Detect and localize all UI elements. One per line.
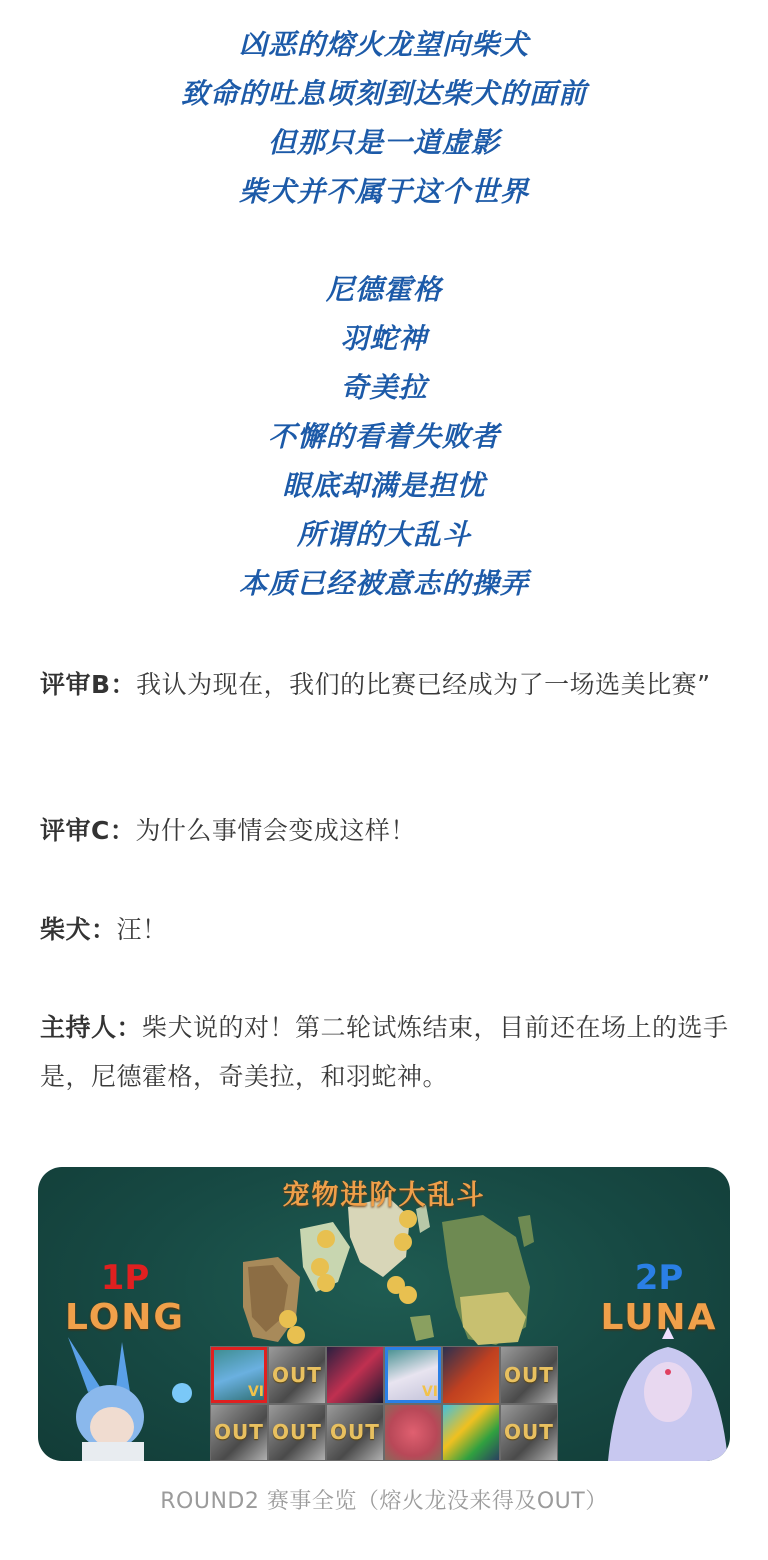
poem-line: 柴犬并不属于这个世界 — [0, 167, 768, 216]
dialog-text: 汪！ — [117, 915, 168, 944]
roster-cell-active — [443, 1405, 499, 1461]
image-caption: ROUND2 赛事全览（熔火龙没来得及OUT） — [0, 1484, 768, 1515]
dialog-judge-c: 评审C：为什么事情会变成这样！ — [40, 806, 730, 855]
dialog-text: 柴犬说的对！第二轮试炼结束，目前还在场上的选手是，尼德霍格，奇美拉，和羽蛇神。 — [40, 1013, 729, 1091]
dialog-text: 我认为现在，我们的比赛已经成为了一场选美比赛” — [136, 670, 710, 699]
player-1-name: LONG — [60, 1297, 190, 1339]
roster-cell-out: OUT — [501, 1347, 557, 1403]
roster-cell-selected-1p: 1P VI — [211, 1347, 267, 1403]
speaker-label: 主持人： — [40, 1013, 142, 1042]
character-long-illustration — [38, 1337, 208, 1461]
poem-line: 致命的吐息顷刻到达柴犬的面前 — [0, 69, 768, 118]
poem-stanza-1: 凶恶的熔火龙望向柴犬 致命的吐息顷刻到达柴犬的面前 但那只是一道虚影 柴犬并不属… — [0, 20, 768, 216]
poem-stanza-2: 尼德霍格 羽蛇神 奇美拉 不懈的看着失败者 眼底却满是担忧 所谓的大乱斗 本质已… — [0, 265, 768, 608]
round2-overview-image: 宠物进阶大乱斗 1P LONG 2P LUNA 1P VI OUT 2P VI … — [38, 1167, 730, 1461]
roster-cell-active — [385, 1405, 441, 1461]
speaker-label: 柴犬： — [40, 915, 117, 944]
rank-badge: VI — [248, 1384, 264, 1400]
roster-cell-out: OUT — [211, 1405, 267, 1461]
roster-cell-out: OUT — [269, 1405, 325, 1461]
figure-title: 宠物进阶大乱斗 — [38, 1173, 730, 1212]
dialog-judge-b: 评审B：我认为现在，我们的比赛已经成为了一场选美比赛” — [40, 660, 730, 709]
poem-line: 羽蛇神 — [0, 314, 768, 363]
rank-badge: VI — [422, 1384, 438, 1400]
pet-roster-grid: 1P VI OUT 2P VI OUT OUT OUT OUT OUT — [210, 1346, 558, 1461]
poem-line: 凶恶的熔火龙望向柴犬 — [0, 20, 768, 69]
character-luna-illustration — [578, 1327, 730, 1461]
player-2-number: 2P — [594, 1259, 724, 1297]
roster-cell-active — [327, 1347, 383, 1403]
roster-cell-selected-2p: 2P VI — [385, 1347, 441, 1403]
speaker-label: 评审B： — [40, 670, 136, 699]
poem-line: 奇美拉 — [0, 363, 768, 412]
dialog-host: 主持人：柴犬说的对！第二轮试炼结束，目前还在场上的选手是，尼德霍格，奇美拉，和羽… — [40, 1003, 730, 1101]
dialog-text: 为什么事情会变成这样！ — [135, 816, 416, 845]
dialog-shiba: 柴犬：汪！ — [40, 905, 730, 954]
player-1-number: 1P — [60, 1259, 190, 1297]
roster-cell-out: OUT — [269, 1347, 325, 1403]
poem-line: 尼德霍格 — [0, 265, 768, 314]
speaker-label: 评审C： — [40, 816, 135, 845]
poem-line: 眼底却满是担忧 — [0, 461, 768, 510]
poem-line: 所谓的大乱斗 — [0, 510, 768, 559]
roster-cell-active — [443, 1347, 499, 1403]
player-1-tag: 1P LONG — [60, 1259, 190, 1339]
roster-cell-out: OUT — [327, 1405, 383, 1461]
poem-line: 不懈的看着失败者 — [0, 412, 768, 461]
poem-line: 但那只是一道虚影 — [0, 118, 768, 167]
poem-line: 本质已经被意志的操弄 — [0, 559, 768, 608]
roster-cell-out: OUT — [501, 1405, 557, 1461]
